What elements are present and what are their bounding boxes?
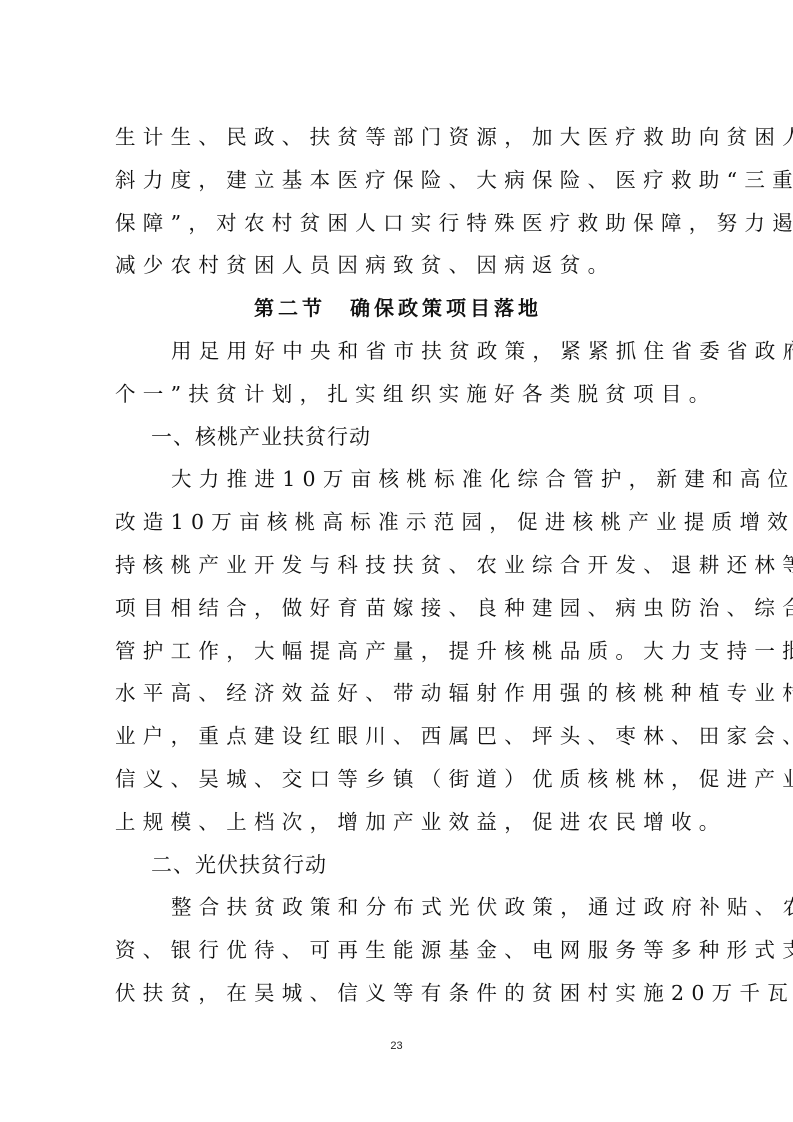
- subsection-heading-walnut: 一、核桃产业扶贫行动: [115, 416, 681, 459]
- text-line: 个一”扶贫计划，扎实组织实施好各类脱贫项目。: [115, 373, 681, 416]
- paragraph-continued: 生计生、民政、扶贫等部门资源，加大医疗救助向贫困人口倾 斜力度，建立基本医疗保险…: [115, 116, 681, 287]
- intro-paragraph: 用足用好中央和省市扶贫政策，紧紧抓住省委省政府“三 个一”扶贫计划，扎实组织实施…: [115, 330, 681, 416]
- text-line: 生计生、民政、扶贫等部门资源，加大医疗救助向贫困人口倾: [115, 116, 681, 159]
- walnut-paragraph: 大力推进10万亩核桃标准化综合管护，新建和高位嫁接 改造10万亩核桃高标准示范园…: [115, 458, 681, 843]
- text-line: 管护工作，大幅提高产量，提升核桃品质。大力支持一批生产: [115, 630, 681, 673]
- text-line: 项目相结合，做好育苗嫁接、良种建园、病虫防治、综合科学: [115, 587, 681, 630]
- text-line: 水平高、经济效益好、带动辐射作用强的核桃种植专业村、专: [115, 672, 681, 715]
- solar-paragraph: 整合扶贫政策和分布式光伏政策，通过政府补贴、农户出 资、银行优待、可再生能源基金…: [115, 886, 681, 1014]
- text-line: 保障”，对农村贫困人口实行特殊医疗救助保障，努力遏制和: [115, 202, 681, 245]
- section-number: 第二节: [254, 296, 326, 320]
- subsection-heading-solar: 二、光伏扶贫行动: [115, 844, 681, 887]
- section-title: 第二节确保政策项目落地: [115, 287, 681, 330]
- text-line: 资、银行优待、可再生能源基金、电网服务等多种形式支持光: [115, 929, 681, 972]
- text-line: 大力推进10万亩核桃标准化综合管护，新建和高位嫁接: [115, 458, 681, 501]
- text-line: 信义、吴城、交口等乡镇（街道）优质核桃林，促进产业发展: [115, 758, 681, 801]
- text-line: 用足用好中央和省市扶贫政策，紧紧抓住省委省政府“三: [115, 330, 681, 373]
- page-content: 生计生、民政、扶贫等部门资源，加大医疗救助向贫困人口倾 斜力度，建立基本医疗保险…: [115, 116, 681, 1015]
- text-line: 持核桃产业开发与科技扶贫、农业综合开发、退耕还林等生态: [115, 544, 681, 587]
- text-line: 伏扶贫，在吴城、信义等有条件的贫困村实施20万千瓦光伏: [115, 972, 681, 1015]
- text-line: 业户，重点建设红眼川、西属巴、坪头、枣林、田家会、城北、: [115, 715, 681, 758]
- text-line: 减少农村贫困人员因病致贫、因病返贫。: [115, 244, 681, 287]
- page-number: 23: [0, 1040, 793, 1052]
- text-line: 改造10万亩核桃高标准示范园，促进核桃产业提质增效。支: [115, 501, 681, 544]
- section-heading-text: 确保政策项目落地: [350, 296, 542, 320]
- text-line: 整合扶贫政策和分布式光伏政策，通过政府补贴、农户出: [115, 886, 681, 929]
- text-line: 上规模、上档次，增加产业效益，促进农民增收。: [115, 801, 681, 844]
- text-line: 斜力度，建立基本医疗保险、大病保险、医疗救助“三重医疗: [115, 159, 681, 202]
- document-page: 生计生、民政、扶贫等部门资源，加大医疗救助向贫困人口倾 斜力度，建立基本医疗保险…: [0, 0, 793, 1122]
